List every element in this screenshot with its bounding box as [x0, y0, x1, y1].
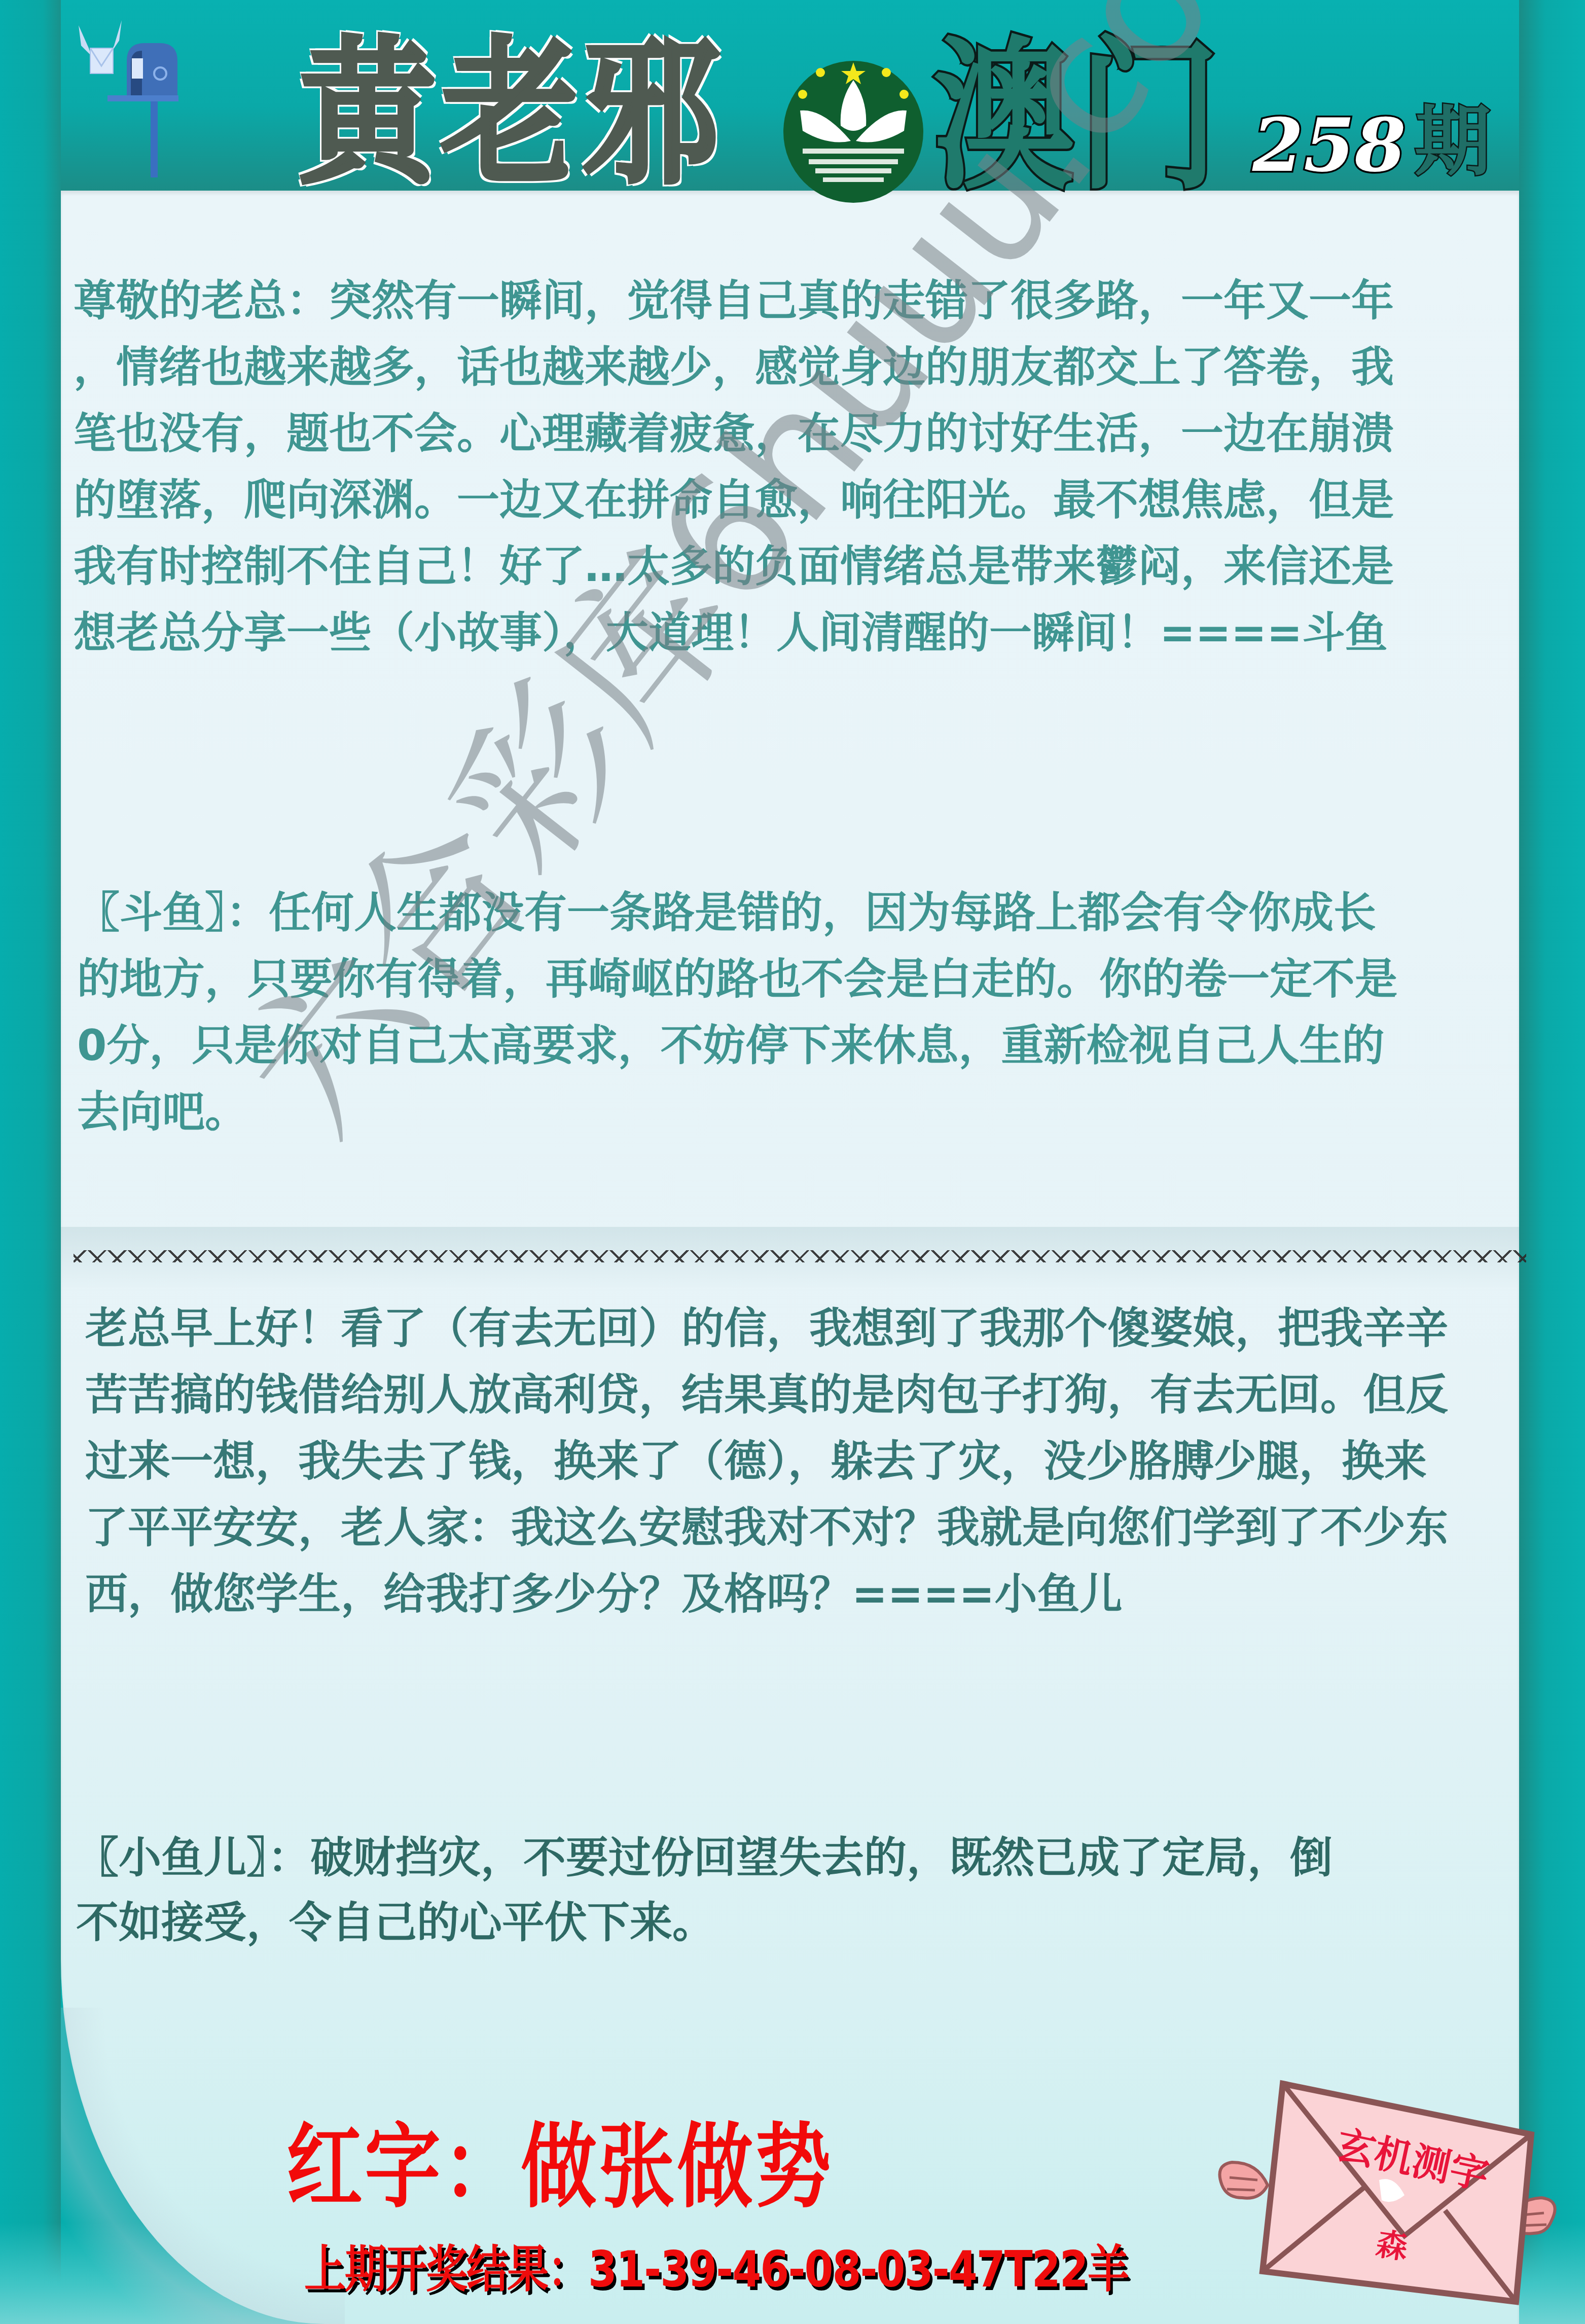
letter-douyu: 尊敬的老总：突然有一瞬间，觉得自己真的走错了很多路，一年又一年 ，情绪也越来越多… [74, 268, 1524, 666]
letter-line: 我有时控制不住自己！好了…太多的负面情绪总是带来鬱闷，来信还是 [74, 533, 1524, 600]
reply-line: 去向吧。 [77, 1079, 1497, 1145]
macau-emblem-icon [782, 60, 924, 204]
letter-line: 老总早上好！看了（有去无回）的信，我想到了我那个傻婆娘，把我辛辛 [85, 1295, 1515, 1362]
mailbox-icon [51, 10, 243, 177]
letter-line: 苦苦搞的钱借给别人放高利贷，结果真的是肉包子打狗，有去无回。但反 [85, 1362, 1515, 1428]
red-text-hint: 红字：做张做势 [286, 2122, 833, 2213]
winged-letter-icon [79, 20, 122, 74]
letter-line: 西，做您学生，给我打多少分？及格吗？====小鱼儿 [85, 1561, 1515, 1627]
reply-xiaoyuer: 〖小鱼儿〗：破财挡灾，不要过份回望失去的，既然已成了定局，倒 不如接受，令自己的… [76, 1825, 1526, 1955]
frame-right-border [1519, 0, 1585, 2324]
letter-line: 想老总分享一些（小故事），大道理！人间清醒的一瞬间！====斗鱼 [74, 600, 1524, 666]
last-draw-result: 上期开奖结果：31-39-46-08-03-47T22羊 [304, 2245, 1128, 2295]
letter-xiaoyuer: 老总早上好！看了（有去无回）的信，我想到了我那个傻婆娘，把我辛辛 苦苦搞的钱借给… [85, 1295, 1515, 1627]
last-result-value: 31-39-46-08-03-47T22羊 [588, 2241, 1128, 2299]
letter-line: 尊敬的老总：突然有一瞬间，觉得自己真的走错了很多路，一年又一年 [74, 268, 1524, 334]
letter-line: 的堕落，爬向深渊。一边又在拼命自愈，响往阳光。最不想焦虑，但是 [74, 467, 1524, 533]
frame-left-border [0, 0, 61, 2324]
letter-line: 笔也没有，题也不会。心理藏着疲惫，在尽力的讨好生活，一边在崩溃 [74, 401, 1524, 467]
reply-line: 0分，只是你对自己太高要求，不妨停下来休息，重新检视自己人生的 [77, 1012, 1497, 1079]
reply-line: 〖斗鱼〗：任何人生都没有一条路是错的，因为每路上都会有令你成长 [77, 880, 1497, 946]
title-main: 黄老邪 [299, 35, 725, 193]
letter-line: 了平平安安，老人家：我这么安慰我对不对？我就是向您们学到了不少东 [85, 1495, 1515, 1561]
winged-envelope-icon [1212, 2063, 1562, 2307]
reply-douyu: 〖斗鱼〗：任何人生都没有一条路是错的，因为每路上都会有令你成长 的地方，只要你有… [77, 880, 1497, 1145]
cross-stitch-divider [74, 1246, 1526, 1266]
last-result-label: 上期开奖结果： [304, 2241, 588, 2299]
issue-number: 258 [1252, 109, 1406, 183]
title-main-wrap: 黄老邪 [299, 30, 725, 193]
reply-line: 不如接受，令自己的心平伏下来。 [76, 1890, 1526, 1955]
reply-line: 〖小鱼儿〗：破财挡灾，不要过份回望失去的，既然已成了定局，倒 [76, 1825, 1526, 1890]
title-place: 澳门 [933, 35, 1223, 199]
left-wing-icon [1220, 2162, 1268, 2198]
letter-line: 过来一想，我失去了钱，换来了（德），躲去了灾，没少胳膊少腿，换来 [85, 1428, 1515, 1495]
envelope-character: 森 [1374, 2219, 1411, 2268]
reply-line: 的地方，只要你有得着，再崎岖的路也不会是白走的。你的卷一定不是 [77, 946, 1497, 1012]
issue-suffix: 期 [1415, 104, 1491, 180]
letter-line: ，情绪也越来越多，话也越来越少，感觉身边的朋友都交上了答卷，我 [74, 334, 1524, 401]
